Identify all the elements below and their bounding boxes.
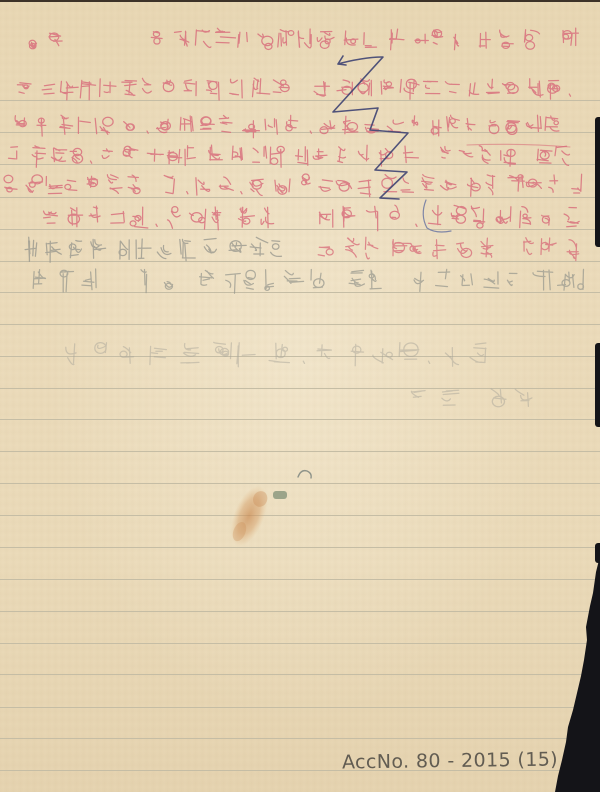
torn-edge-backdrop [555, 552, 600, 792]
torn-corner [0, 0, 600, 792]
scanned-document-page: AccNo. 80 - 2015 (15) [0, 0, 600, 792]
